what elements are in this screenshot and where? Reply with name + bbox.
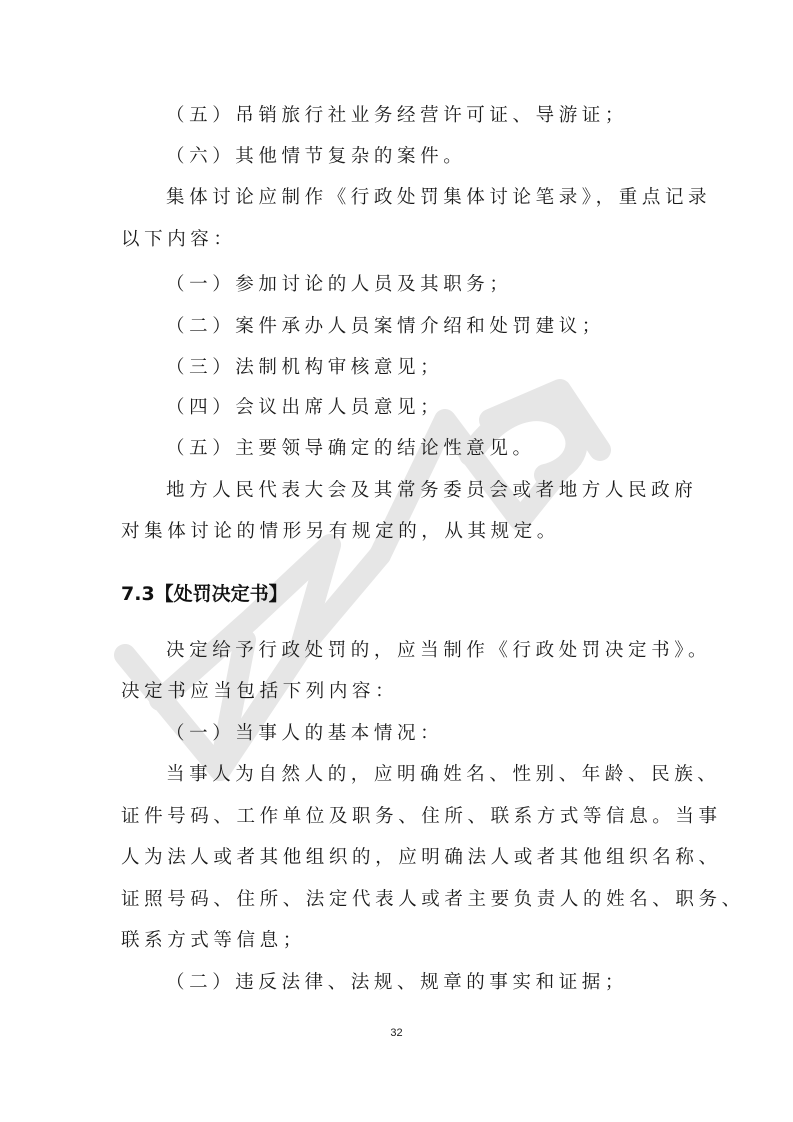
paragraph-line: （一）当事人的基本情况： (166, 722, 443, 746)
paragraph-line: （二）案件承办人员案情介绍和处罚建议； (166, 315, 605, 339)
paragraph-line: （五）主要领导确定的结论性意见。 (166, 437, 536, 461)
paragraph-line: 人为法人或者其他组织的，应明确法人或者其他组织名称、 (121, 846, 722, 870)
paragraph-line: （二）违反法律、法规、规章的事实和证据； (166, 971, 628, 995)
paragraph-line: 地方人民代表大会及其常务委员会或者地方人民政府 (166, 479, 697, 503)
paragraph-line: 集体讨论应制作《行政处罚集体讨论笔录》，重点记录 (166, 186, 711, 210)
section-heading: 7.3【处罚决定书】 (121, 581, 288, 607)
paragraph-line: 当事人为自然人的，应明确姓名、性别、年龄、民族、 (166, 763, 720, 787)
paragraph-line: 对集体讨论的情形另有规定的，从其规定。 (121, 520, 560, 544)
paragraph-line: 证照号码、住所、法定代表人或者主要负责人的姓名、职务、 (121, 888, 745, 912)
document-page: （五）吊销旅行社业务经营许可证、导游证； （六）其他情节复杂的案件。 集体讨论应… (0, 0, 793, 1122)
paragraph-line: 决定给予行政处罚的，应当制作《行政处罚决定书》。 (166, 639, 711, 663)
paragraph-line: 证件号码、工作单位及职务、住所、联系方式等信息。当事 (121, 805, 722, 829)
paragraph-line: 决定书应当包括下列内容： (121, 680, 398, 704)
paragraph-line: （六）其他情节复杂的案件。 (166, 145, 466, 169)
paragraph-line: （四）会议出席人员意见； (166, 396, 443, 420)
paragraph-line: （一）参加讨论的人员及其职务； (166, 273, 513, 297)
paragraph-line: （五）吊销旅行社业务经营许可证、导游证； (166, 104, 628, 128)
paragraph-line: 以下内容： (121, 228, 237, 252)
paragraph-line: （三）法制机构审核意见； (166, 356, 443, 380)
paragraph-line: 联系方式等信息； (121, 929, 306, 953)
page-number: 32 (0, 1027, 793, 1039)
